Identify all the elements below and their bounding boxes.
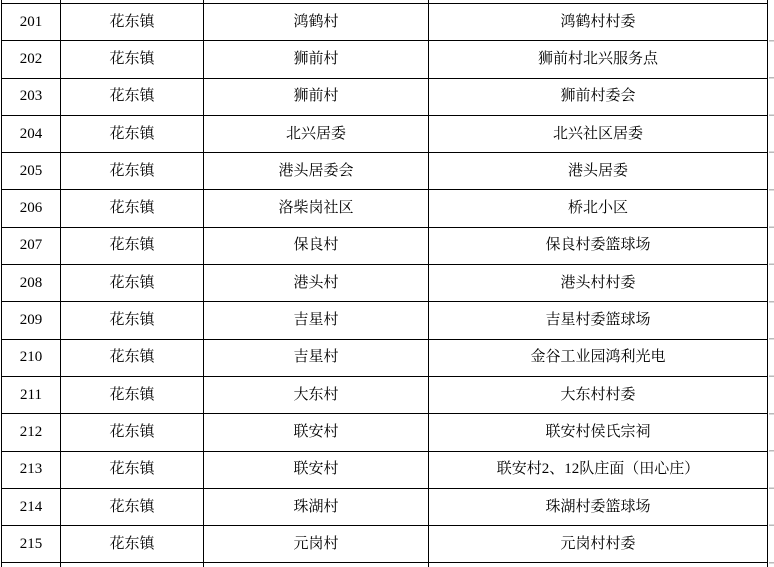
cell-serial-number: 211 [1,377,61,414]
cell-village: 北兴居委 [204,116,429,153]
cell-site: 吉星村委篮球场 [429,302,768,339]
cell-town: 花东镇 [61,414,204,451]
table-row: 213 花东镇 联安村 联安村2、12队庄面（田心庄） [1,452,768,489]
cell-village [204,563,429,567]
cell-town: 花东镇 [61,452,204,489]
cell-serial-number: 201 [1,4,61,41]
cell-site: 桥北小区 [429,190,768,227]
cell-serial-number: 215 [1,526,61,563]
cell-site: 港头村村委 [429,265,768,302]
cell-town [61,563,204,567]
cell-town: 花东镇 [61,526,204,563]
table-row: 211 花东镇 大东村 大东村村委 [1,377,768,414]
cell-town: 花东镇 [61,153,204,190]
table-row: 204 花东镇 北兴居委 北兴社区居委 [1,116,768,153]
cell-village: 吉星村 [204,302,429,339]
cell-village: 狮前村 [204,41,429,78]
cell-town: 花东镇 [61,4,204,41]
cell-village: 保良村 [204,228,429,265]
cell-town: 花东镇 [61,116,204,153]
table-row: 201 花东镇 鸿鹤村 鸿鹤村村委 [1,4,768,41]
sites-table: 201 花东镇 鸿鹤村 鸿鹤村村委 202 花东镇 狮前村 狮前村北兴服务点 2… [1,0,768,567]
cell-town: 花东镇 [61,265,204,302]
cell-site: 元岗村村委 [429,526,768,563]
table-body: 201 花东镇 鸿鹤村 鸿鹤村村委 202 花东镇 狮前村 狮前村北兴服务点 2… [1,4,768,563]
cell-village: 港头居委会 [204,153,429,190]
cell-serial-number: 210 [1,340,61,377]
cell-site: 狮前村北兴服务点 [429,41,768,78]
cell-site: 港头居委 [429,153,768,190]
cell-serial-number: 202 [1,41,61,78]
gridline-ticks [769,4,774,564]
cell-town: 花东镇 [61,190,204,227]
cell-town: 花东镇 [61,302,204,339]
cell-village: 大东村 [204,377,429,414]
cell-town: 花东镇 [61,228,204,265]
cell-town: 花东镇 [61,79,204,116]
cell-serial-number: 213 [1,452,61,489]
table-row: 205 花东镇 港头居委会 港头居委 [1,153,768,190]
cell-serial-number: 205 [1,153,61,190]
cell-village: 元岗村 [204,526,429,563]
table-row: 203 花东镇 狮前村 狮前村委会 [1,79,768,116]
table-row: 209 花东镇 吉星村 吉星村委篮球场 [1,302,768,339]
table-row: 212 花东镇 联安村 联安村侯氏宗祠 [1,414,768,451]
cell-village: 珠湖村 [204,489,429,526]
table-row: 210 花东镇 吉星村 金谷工业园鸿利光电 [1,340,768,377]
cell-village: 鸿鹤村 [204,4,429,41]
cell-serial-number: 209 [1,302,61,339]
table-row: 207 花东镇 保良村 保良村委篮球场 [1,228,768,265]
cell-village: 联安村 [204,414,429,451]
cell-town: 花东镇 [61,489,204,526]
cell-village: 洛柴岗社区 [204,190,429,227]
cell-site: 联安村2、12队庄面（田心庄） [429,452,768,489]
cell-site: 联安村侯氏宗祠 [429,414,768,451]
cell-site: 北兴社区居委 [429,116,768,153]
cell-village: 港头村 [204,265,429,302]
cell-serial-number [1,563,61,567]
cell-village: 吉星村 [204,340,429,377]
cell-serial-number: 212 [1,414,61,451]
table-row: 214 花东镇 珠湖村 珠湖村委篮球场 [1,489,768,526]
cell-serial-number: 204 [1,116,61,153]
cell-village: 联安村 [204,452,429,489]
cell-serial-number: 207 [1,228,61,265]
cell-site: 珠湖村委篮球场 [429,489,768,526]
cell-serial-number: 214 [1,489,61,526]
cell-serial-number: 203 [1,79,61,116]
cell-site: 鸿鹤村村委 [429,4,768,41]
table-row: 215 花东镇 元岗村 元岗村村委 [1,526,768,563]
cell-town: 花东镇 [61,377,204,414]
cell-site [429,563,768,567]
cell-serial-number: 206 [1,190,61,227]
cell-serial-number: 208 [1,265,61,302]
table-row-partial-bottom [1,563,768,567]
cell-site: 保良村委篮球场 [429,228,768,265]
table-row: 206 花东镇 洛柴岗社区 桥北小区 [1,190,768,227]
cell-site: 金谷工业园鸿利光电 [429,340,768,377]
cell-site: 狮前村委会 [429,79,768,116]
cell-town: 花东镇 [61,340,204,377]
table-row: 208 花东镇 港头村 港头村村委 [1,265,768,302]
cell-town: 花东镇 [61,41,204,78]
cell-site: 大东村村委 [429,377,768,414]
page-canvas: 201 花东镇 鸿鹤村 鸿鹤村村委 202 花东镇 狮前村 狮前村北兴服务点 2… [0,0,774,567]
cell-village: 狮前村 [204,79,429,116]
table-row: 202 花东镇 狮前村 狮前村北兴服务点 [1,41,768,78]
